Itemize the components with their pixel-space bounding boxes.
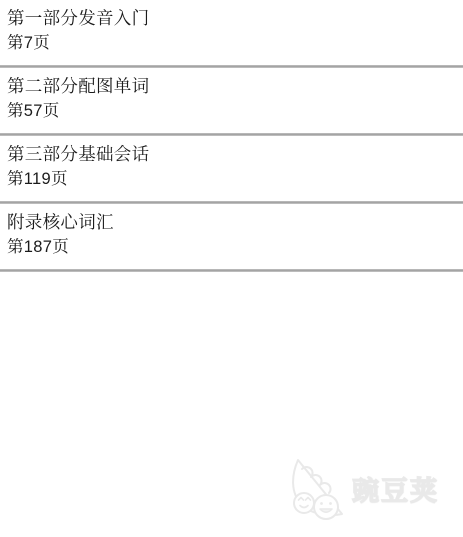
list-divider: [0, 269, 463, 272]
toc-item-title: 第一部分发音入门: [7, 5, 455, 31]
wandoujia-watermark: 豌豆荚: [288, 452, 460, 524]
toc-item[interactable]: 附录核心词汇 第187页: [0, 204, 463, 269]
toc-item-page: 第57页: [7, 99, 455, 124]
toc-list: 第一部分发音入门 第7页 第二部分配图单词 第57页 第三部分基础会话 第119…: [0, 0, 463, 272]
toc-item[interactable]: 第三部分基础会话 第119页: [0, 136, 463, 201]
toc-item-page: 第119页: [7, 167, 455, 192]
toc-item-title: 第三部分基础会话: [7, 141, 455, 167]
toc-item[interactable]: 第一部分发音入门 第7页: [0, 0, 463, 65]
toc-item[interactable]: 第二部分配图单词 第57页: [0, 68, 463, 133]
toc-item-title: 附录核心词汇: [7, 209, 455, 235]
watermark-brand-text: 豌豆荚: [352, 469, 439, 508]
toc-item-title: 第二部分配图单词: [7, 73, 455, 99]
toc-item-page: 第7页: [7, 31, 455, 56]
pea-pod-logo-icon: [288, 456, 350, 520]
toc-item-page: 第187页: [7, 235, 455, 260]
